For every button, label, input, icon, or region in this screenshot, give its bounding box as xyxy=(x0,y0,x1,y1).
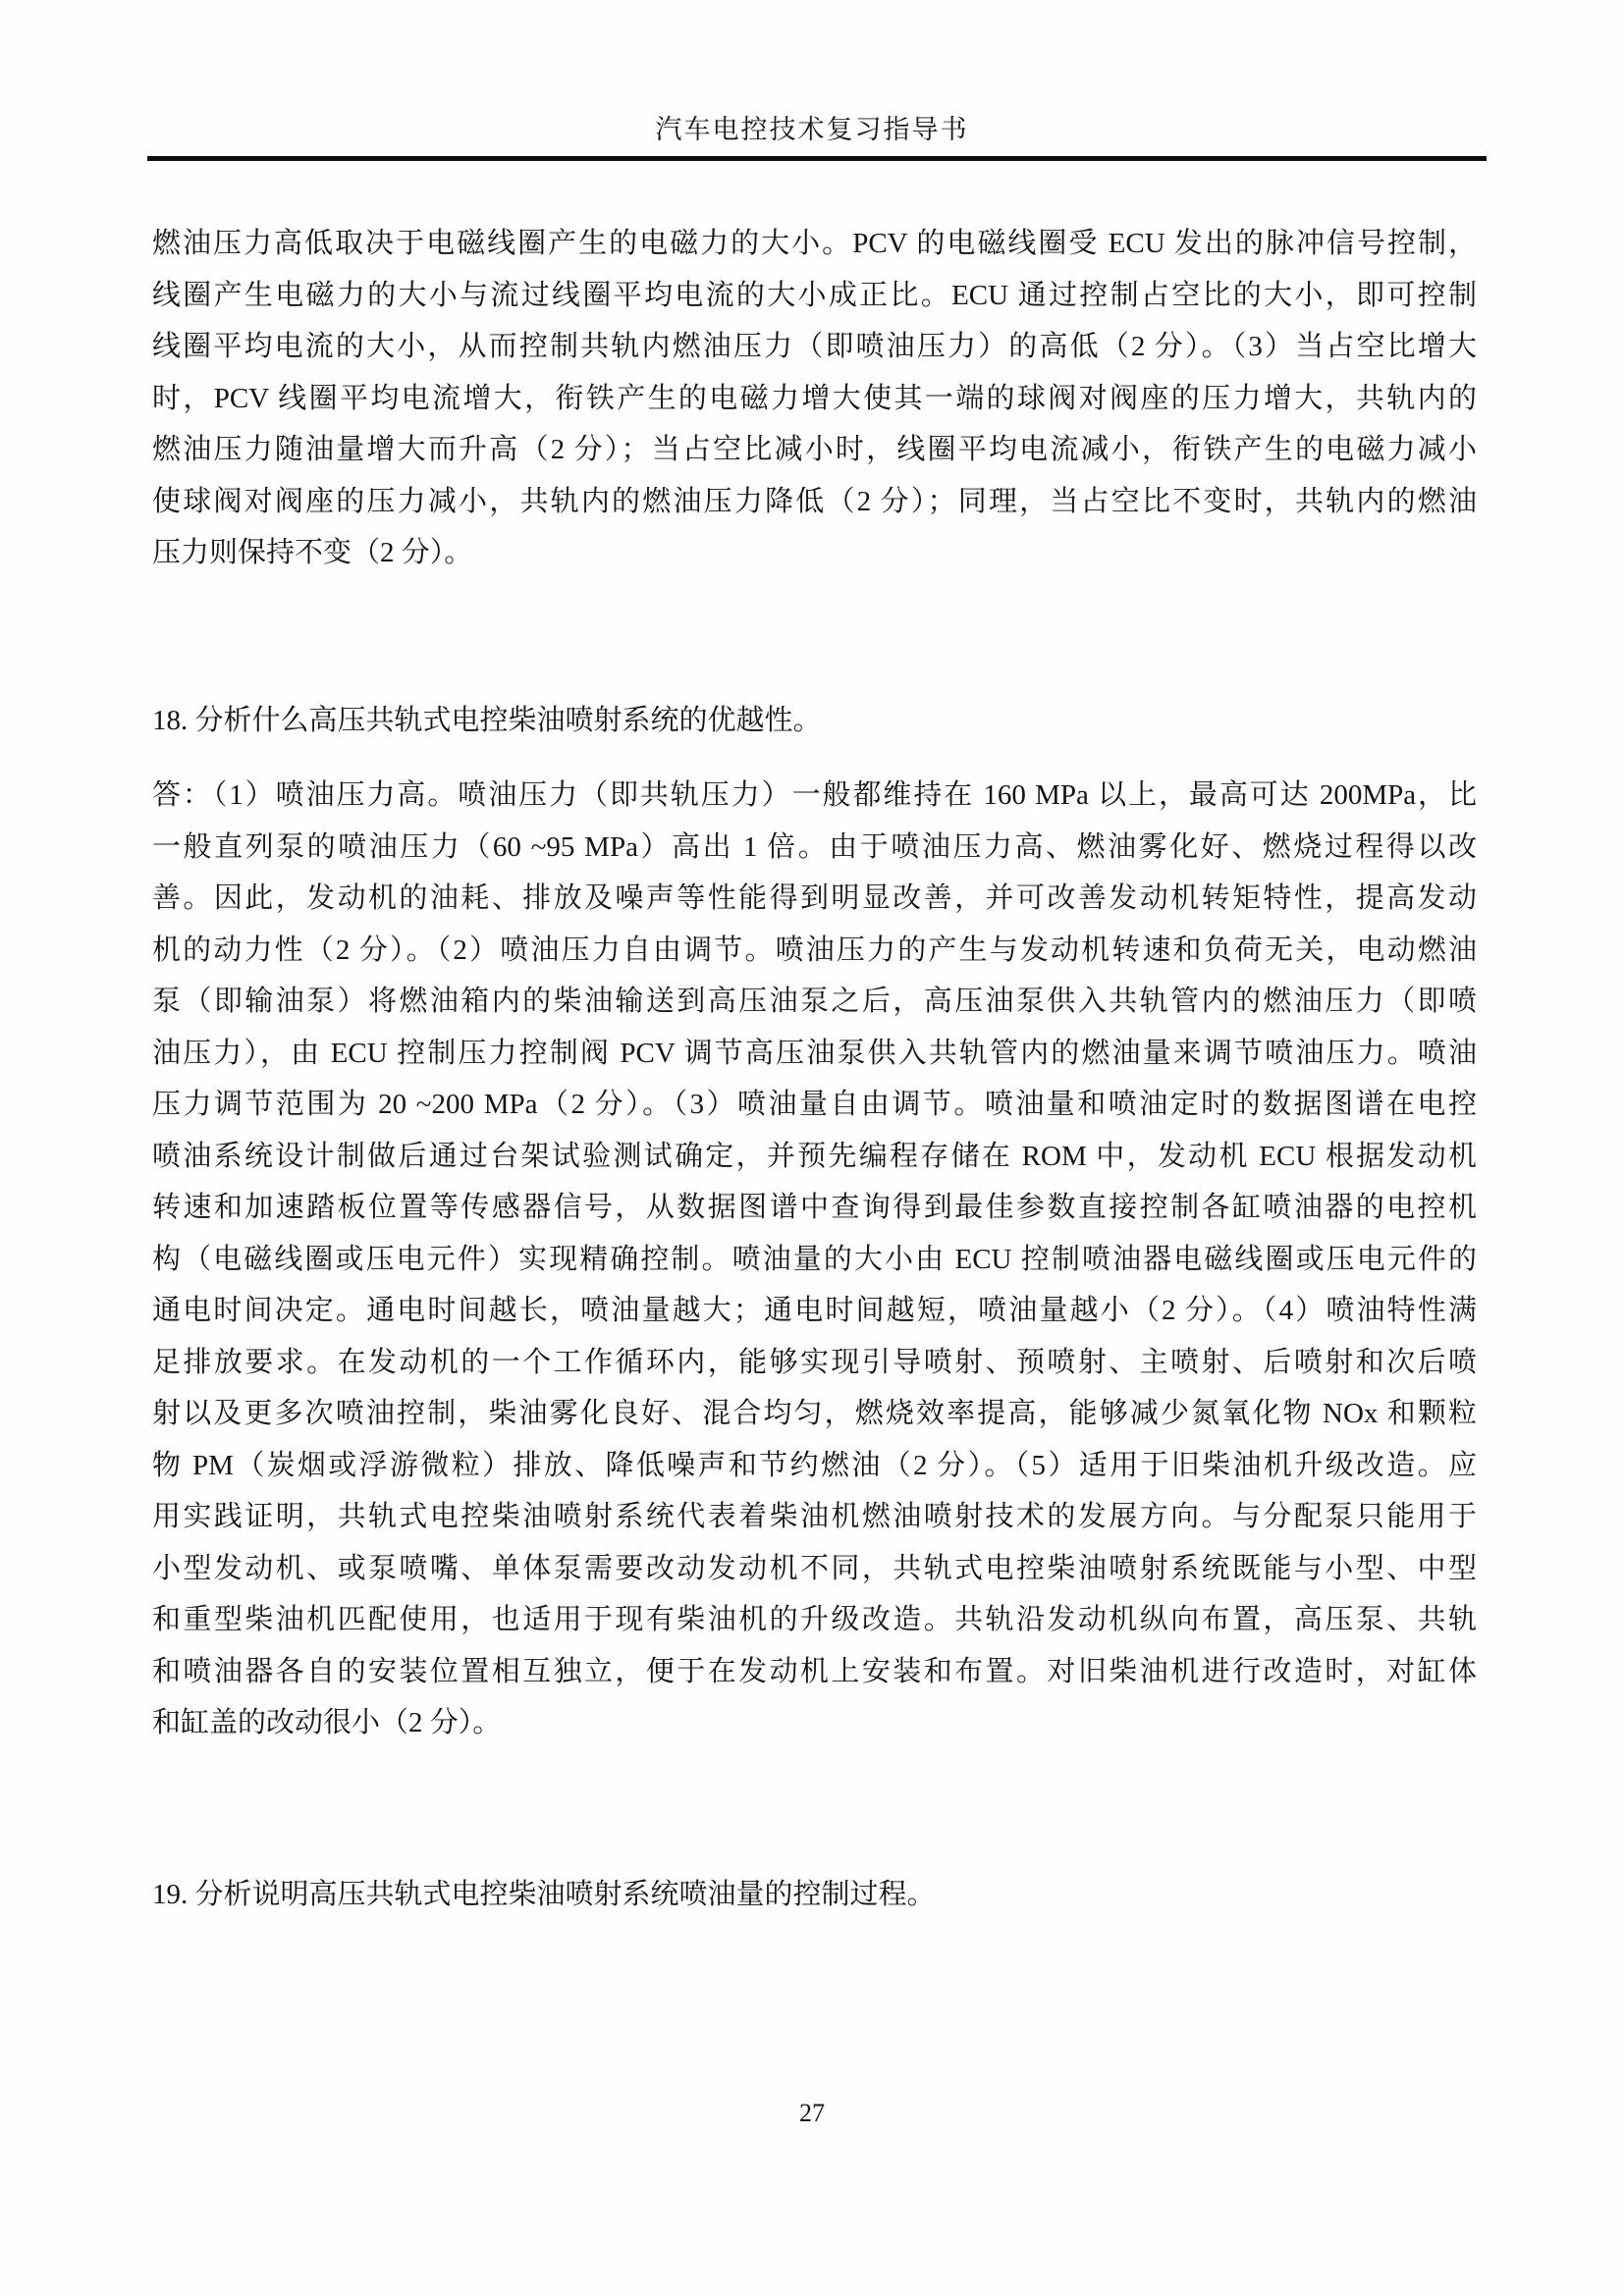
text-line: 善。因此，发动机的油耗、排放及噪声等性能得到明显改善，并可改善发动机转矩特性，提… xyxy=(152,873,1477,925)
text-line: 小型发动机、或泵喷嘴、单体泵需要改动发动机不同，共轨式电控柴油喷射系统既能与小型… xyxy=(152,1543,1477,1595)
page-number: 27 xyxy=(0,2099,1624,2128)
text-line: 使球阀对阀座的压力减小，共轨内的燃油压力降低（2 分）；同理，当占空比不变时，共… xyxy=(152,476,1477,528)
question-heading: 19. 分析说明高压共轨式电控柴油喷射系统喷油量的控制过程。 xyxy=(152,1869,1477,1921)
text-line: 射以及更多次喷油控制，柴油雾化良好、混合均匀，燃烧效率提高，能够减少氮氧化物 N… xyxy=(152,1388,1477,1440)
text-line: 一般直列泵的喷油压力（60 ~95 MPa）高出 1 倍。由于喷油压力高、燃油雾… xyxy=(152,822,1477,874)
text-line: 喷油系统设计制做后通过台架试验测试确定，并预先编程存储在 ROM 中，发动机 E… xyxy=(152,1131,1477,1183)
text-line: 压力调节范围为 20 ~200 MPa（2 分）。（3）喷油量自由调节。喷油量和… xyxy=(152,1079,1477,1131)
paragraph: 答：（1）喷油压力高。喷油压力（即共轨压力）一般都维持在 160 MPa 以上，… xyxy=(152,770,1477,1749)
text-line: 机的动力性（2 分）。（2）喷油压力自由调节。喷油压力的产生与发动机转速和负荷无… xyxy=(152,925,1477,977)
text-line: 和喷油器各自的安装位置相互独立，便于在发动机上安装和布置。对旧柴油机进行改造时，… xyxy=(152,1646,1477,1698)
running-header-title: 汽车电控技术复习指导书 xyxy=(0,0,1624,146)
text-line: 转速和加速踏板位置等传感器信号，从数据图谱中查询得到最佳参数直接控制各缸喷油器的… xyxy=(152,1182,1477,1234)
text-line: 压力则保持不变（2 分）。 xyxy=(152,527,1477,579)
text-line: 油压力），由 ECU 控制压力控制阀 PCV 调节高压油泵供入共轨管内的燃油量来… xyxy=(152,1028,1477,1080)
text-line: 泵（即输油泵）将燃油箱内的柴油输送到高压油泵之后，高压油泵供入共轨管内的燃油压力… xyxy=(152,976,1477,1028)
text-line: 用实践证明，共轨式电控柴油喷射系统代表着柴油机燃油喷射技术的发展方向。与分配泵只… xyxy=(152,1491,1477,1543)
text-line: 和重型柴油机匹配使用，也适用于现有柴油机的升级改造。共轨沿发动机纵向布置，高压泵… xyxy=(152,1594,1477,1646)
question-heading: 18. 分析什么高压共轨式电控柴油喷射系统的优越性。 xyxy=(152,695,1477,747)
document-body: 燃油压力高低取决于电磁线圈产生的电磁力的大小。PCV 的电磁线圈受 ECU 发出… xyxy=(152,218,1477,1920)
text-line: 燃油压力高低取决于电磁线圈产生的电磁力的大小。PCV 的电磁线圈受 ECU 发出… xyxy=(152,218,1477,270)
paragraph: 燃油压力高低取决于电磁线圈产生的电磁力的大小。PCV 的电磁线圈受 ECU 发出… xyxy=(152,218,1477,579)
text-line: 线圈产生电磁力的大小与流过线圈平均电流的大小成正比。ECU 通过控制占空比的大小… xyxy=(152,270,1477,322)
text-line: 通电时间决定。通电时间越长，喷油量越大；通电时间越短，喷油量越小（2 分）。（4… xyxy=(152,1285,1477,1337)
text-line: 物 PM（炭烟或浮游微粒）排放、降低噪声和节约燃油（2 分）。（5）适用于旧柴油… xyxy=(152,1440,1477,1492)
text-line: 和缸盖的改动很小（2 分）。 xyxy=(152,1697,1477,1749)
document-page: 汽车电控技术复习指导书 燃油压力高低取决于电磁线圈产生的电磁力的大小。PCV 的… xyxy=(0,0,1624,2296)
text-line: 19. 分析说明高压共轨式电控柴油喷射系统喷油量的控制过程。 xyxy=(152,1869,1477,1921)
text-line: 时，PCV 线圈平均电流增大，衔铁产生的电磁力增大使其一端的球阀对阀座的压力增大… xyxy=(152,373,1477,425)
text-line: 燃油压力随油量增大而升高（2 分）；当占空比减小时，线圈平均电流减小，衔铁产生的… xyxy=(152,424,1477,476)
text-line: 线圈平均电流的大小，从而控制共轨内燃油压力（即喷油压力）的高低（2 分）。（3）… xyxy=(152,321,1477,373)
text-line: 构（电磁线圈或压电元件）实现精确控制。喷油量的大小由 ECU 控制喷油器电磁线圈… xyxy=(152,1234,1477,1286)
header-rule xyxy=(147,156,1487,161)
text-line: 足排放要求。在发动机的一个工作循环内，能够实现引导喷射、预喷射、主喷射、后喷射和… xyxy=(152,1337,1477,1389)
text-line: 18. 分析什么高压共轨式电控柴油喷射系统的优越性。 xyxy=(152,695,1477,747)
text-line: 答：（1）喷油压力高。喷油压力（即共轨压力）一般都维持在 160 MPa 以上，… xyxy=(152,770,1477,822)
